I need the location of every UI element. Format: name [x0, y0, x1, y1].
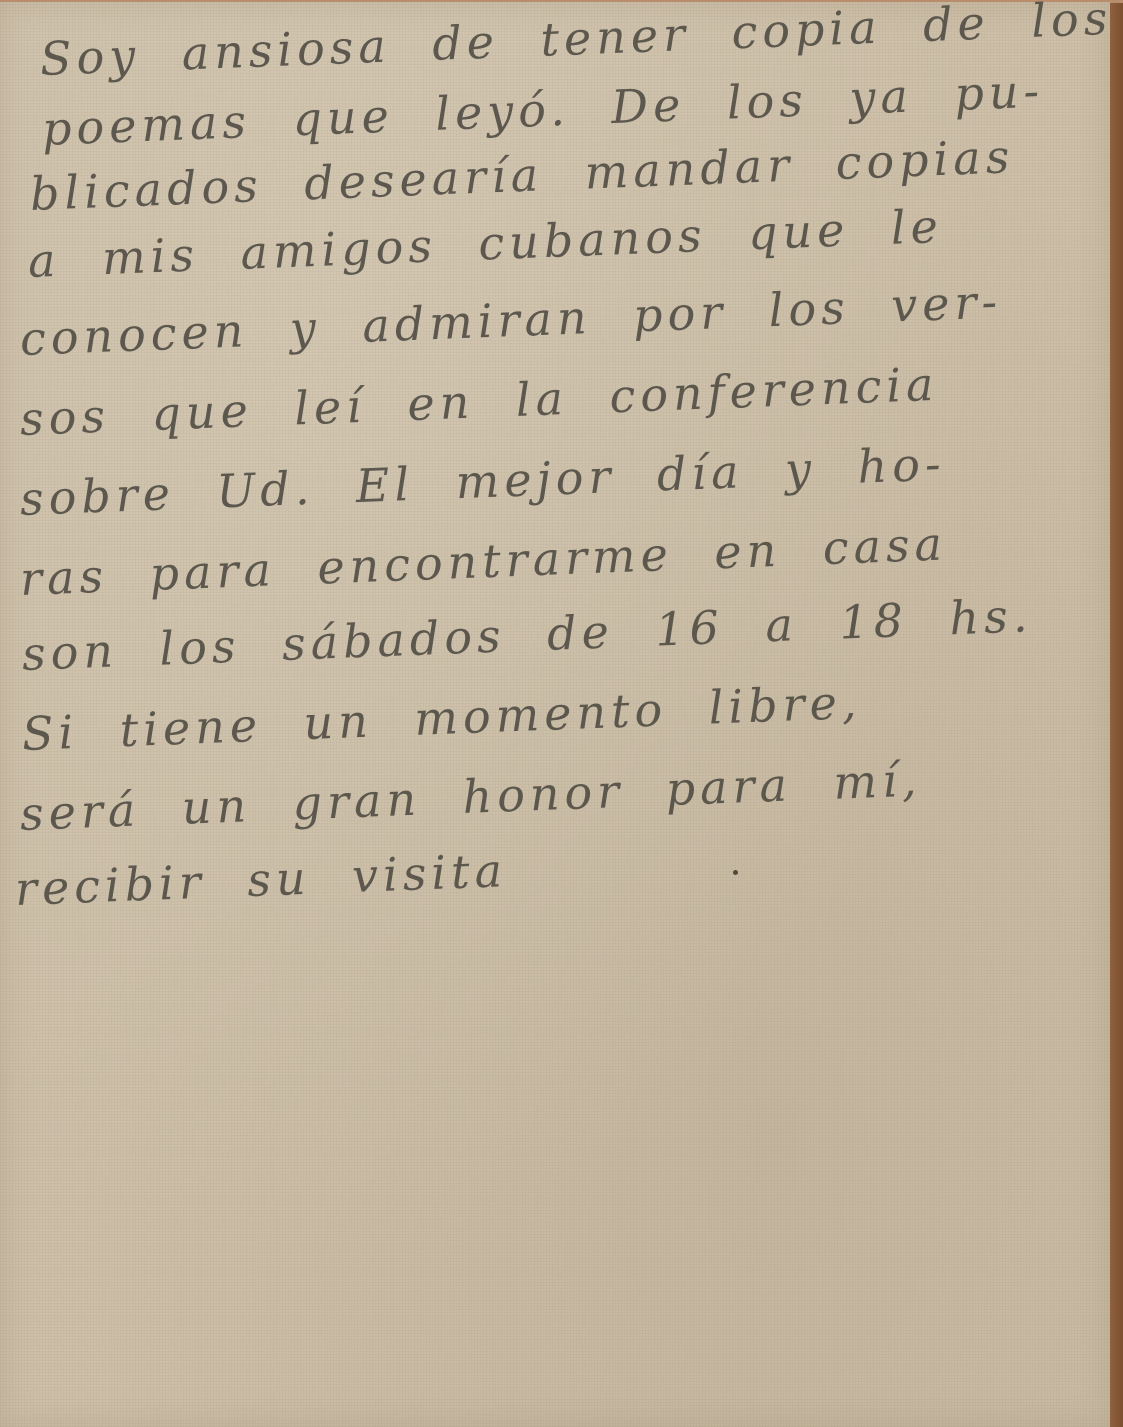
text-line-9: son los sábados de 16 a 18 hs.: [21, 588, 1033, 681]
letter-page: Soy ansiosa de tener copia de los poemas…: [0, 2, 1110, 1427]
text-line-8: ras para encontrarme en casa: [19, 516, 948, 606]
text-line-5: conocen y admiran por los ver-: [19, 274, 1003, 366]
handwritten-text-block: Soy ansiosa de tener copia de los poemas…: [0, 2, 1110, 1002]
text-line-11: será un gran honor para mí,: [19, 752, 922, 841]
text-line-7: sobre Ud. El mejor día y ho-: [19, 436, 946, 526]
text-line-10: Si tiene un momento libre,: [21, 675, 862, 761]
ink-dot: [733, 870, 738, 875]
text-line-12: recibir su visita: [14, 843, 508, 916]
text-line-6: sos que leí en la conferencia: [19, 357, 939, 446]
